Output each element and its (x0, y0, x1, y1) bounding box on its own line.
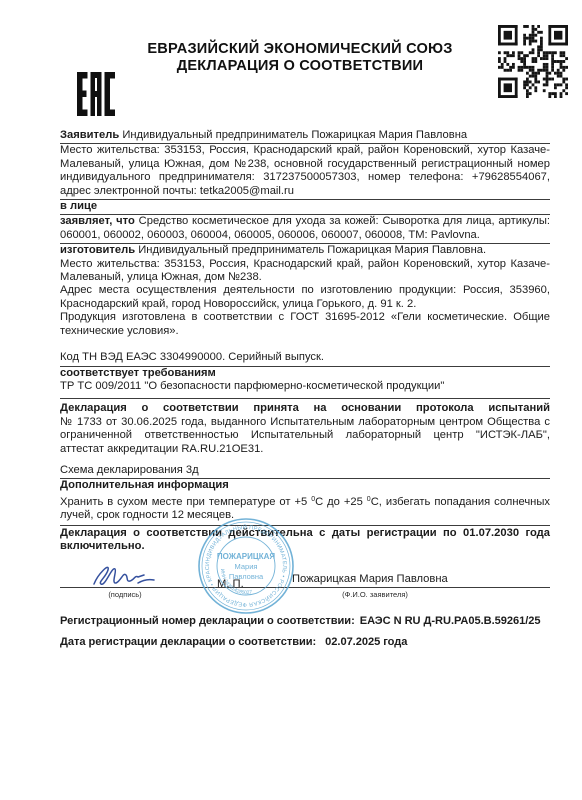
stamp-seal: ИНДИВИДУАЛЬНЫЙ ПРЕДПРИНИМАТЕЛЬ • РОССИЙС… (196, 516, 296, 616)
reg-number-label: Регистрационный номер декларации о соотв… (60, 615, 355, 627)
field-in-person: в лице (60, 200, 550, 215)
stamp-name-line1: ПОЖАРИЦКАЯ (217, 552, 275, 561)
field-reg-number: Регистрационный номер декларации о соотв… (60, 615, 550, 628)
field-manufacturer-address: Место жительства: 353153, Россия, Красно… (60, 258, 550, 285)
title-line-declaration: ДЕКЛАРАЦИЯ О СООТВЕТСТВИИ (110, 58, 490, 75)
manufacturer-value: Индивидуальный предприниматель Пожарицка… (138, 244, 486, 256)
field-declares: заявляет, что Средство косметическое для… (60, 215, 550, 244)
reg-date-label: Дата регистрации декларации о соответств… (60, 636, 316, 648)
field-applicant-address: Место жительства: 353153, Россия, Красно… (60, 144, 550, 200)
applicant-fio: Пожарицкая Мария Павловна (292, 573, 448, 586)
applicant-label: Заявитель (60, 129, 119, 141)
title-line-union: ЕВРАЗИЙСКИЙ ЭКОНОМИЧЕСКИЙ СОЮЗ (110, 41, 490, 58)
applicant-value: Индивидуальный предприниматель Пожарицка… (122, 129, 467, 141)
reg-number-value: ЕАЭС N RU Д-RU.РА05.В.59261/25 (360, 615, 541, 627)
field-basis: Декларация о соответствии принята на осн… (60, 402, 550, 456)
field-gost-statement: Продукция изготовлена в соответствии с Г… (60, 311, 550, 338)
basis-label: Декларация о соответствии принята на осн… (60, 402, 550, 415)
storage-text-1: Хранить в сухом месте при температуре от… (60, 496, 311, 508)
qr-code (498, 25, 568, 98)
declaration-document: ЕВРАЗИЙСКИЙ ЭКОНОМИЧЕСКИЙ СОЮЗ ДЕКЛАРАЦИ… (0, 0, 582, 800)
field-complies-label: соответствует требованиям (60, 367, 550, 380)
field-production-address: Адрес места осуществления деятельности п… (60, 284, 550, 311)
signature-caption: (подпись) (75, 588, 175, 601)
manufacturer-label: изготовитель (60, 244, 135, 256)
eac-logo-icon (77, 72, 115, 116)
field-applicant: Заявитель Индивидуальный предприниматель… (60, 129, 550, 144)
signature-captions: (подпись) (Ф.И.О. заявителя) (60, 588, 550, 602)
basis-value: № 1733 от 30.06.2025 года, выданного Исп… (60, 416, 550, 455)
field-storage: Хранить в сухом месте при температуре от… (60, 493, 550, 526)
field-reg-date: Дата регистрации декларации о соответств… (60, 636, 550, 649)
field-tnved: Код ТН ВЭД ЕАЭС 3304990000. Серийный вып… (60, 351, 550, 366)
document-body: Заявитель Индивидуальный предприниматель… (60, 129, 550, 649)
reg-date-value: 02.07.2025 года (325, 636, 407, 648)
field-tr-ts: ТР ТС 009/2011 "О безопасности парфюмерн… (60, 380, 550, 399)
field-scheme: Схема декларирования 3д (60, 464, 550, 479)
stamp-name-line3: Павловна (229, 572, 264, 581)
field-manufacturer: изготовитель Индивидуальный предпринимат… (60, 244, 550, 257)
document-title: ЕВРАЗИЙСКИЙ ЭКОНОМИЧЕСКИЙ СОЮЗ ДЕКЛАРАЦИ… (110, 41, 490, 74)
declares-label: заявляет, что (60, 215, 135, 227)
field-validity: Декларация о соответствии действительна … (60, 527, 550, 554)
field-additional-label: Дополнительная информация (60, 479, 550, 492)
storage-text-2: С до +25 (315, 496, 367, 508)
stamp-name-line2: Мария (235, 562, 258, 571)
fio-caption: (Ф.И.О. заявителя) (275, 588, 475, 601)
signature-row: М. П. Пожарицкая Мария Павловна (60, 555, 550, 588)
